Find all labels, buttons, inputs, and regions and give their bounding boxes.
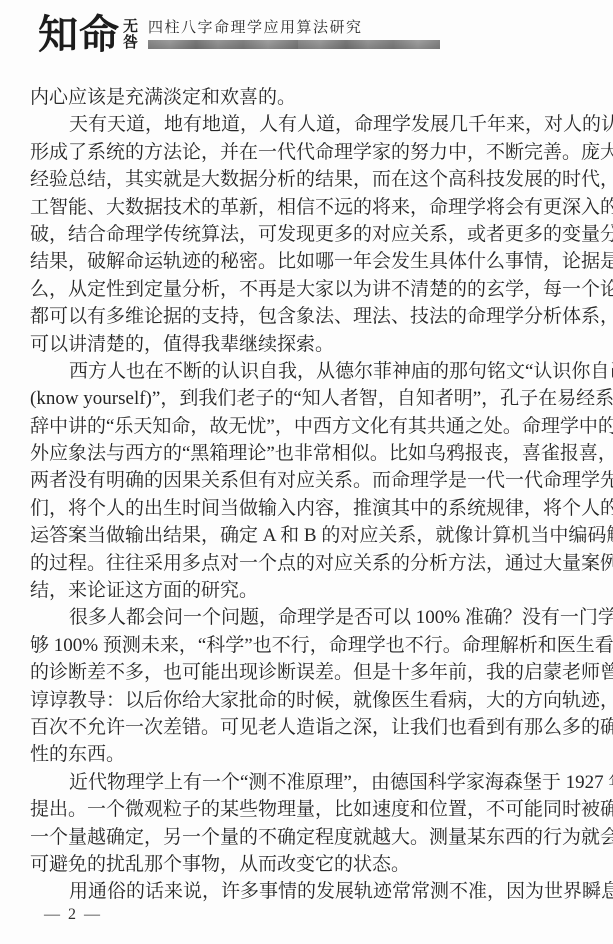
- text-line: 辞中讲的“乐天知命，故无忧”，中西方文化有其共通之处。命理学中的: [30, 413, 586, 440]
- text-line: 用通俗的话来说，许多事情的发展轨迹常常测不准，因为世界瞬息万: [30, 878, 586, 905]
- text-line: 可避免的扰乱那个事物，从而改变它的状态。: [30, 851, 586, 878]
- header-decorative-bar: [148, 40, 440, 49]
- text-line: 形成了系统的方法论，并在一代代命理学家的努力中，不断完善。庞大的: [30, 139, 586, 166]
- book-page: 知命 无 咎 四柱八字命理学应用算法研究 内心应该是充满淡定和欢喜的。 天有天道…: [0, 0, 613, 944]
- text-line: 们，将个人的出生时间当做输入内容，推演其中的系统规律，将个人的命: [30, 495, 586, 522]
- text-line: 结，来论证这方面的研究。: [30, 577, 586, 604]
- text-line: 么，从定性到定量分析，不再是大家以为讲不清楚的的玄学，每一个论点: [30, 276, 586, 303]
- text-line: 可以讲清楚的，值得我辈继续探索。: [30, 331, 586, 358]
- page-header: 知命 无 咎 四柱八字命理学应用算法研究: [38, 14, 440, 56]
- text-line: 外应象法与西方的“黑箱理论”也非常相似。比如乌鸦报丧，喜雀报喜，: [30, 440, 586, 467]
- text-line: 一个量越确定，另一个量的不确定程度就越大。测量某东西的行为就会不: [30, 824, 586, 851]
- text-line: 都可以有多维论据的支持，包含象法、理法、技法的命理学分析体系，是: [30, 303, 586, 330]
- text-line: 谆谆教导：以后你给大家批命的时候，就像医生看病，大的方向轨迹，一: [30, 687, 586, 714]
- text-line: 两者没有明确的因果关系但有对应关系。而命理学是一代一代命理学先辈: [30, 467, 586, 494]
- text-line: 天有天道，地有地道，人有人道，命理学发展几千年来，对人的认知: [30, 111, 586, 138]
- logo-text-sub: 无 咎: [123, 19, 138, 51]
- body-text-block: 内心应该是充满淡定和欢喜的。 天有天道，地有地道，人有人道，命理学发展几千年来，…: [30, 84, 586, 906]
- text-line: 内心应该是充满淡定和欢喜的。: [30, 84, 586, 111]
- page-number: — 2 —: [44, 906, 102, 924]
- text-line: 破，结合命理学传统算法，可发现更多的对应关系，或者更多的变量分析: [30, 221, 586, 248]
- text-line: 的诊断差不多，也可能出现诊断误差。但是十多年前，我的启蒙老师曾经: [30, 659, 586, 686]
- text-line: 近代物理学上有一个“测不准原理”，由德国科学家海森堡于 1927 年: [30, 769, 586, 796]
- text-line: 运答案当做输出结果，确定 A 和 B 的对应关系，就像计算机当中编码解码: [30, 522, 586, 549]
- logo-text-main: 知命: [38, 14, 120, 56]
- text-line: 西方人也在不断的认识自我，从德尔菲神庙的那句铭文“认识你自己: [30, 358, 586, 385]
- text-line: 百次不允许一次差错。可见老人造诣之深，让我们也看到有那么多的确定: [30, 714, 586, 741]
- text-line: (know yourself)”，到我们老子的“知人者智，自知者明”，孔子在易经…: [30, 385, 586, 412]
- text-line: 性的东西。: [30, 741, 586, 768]
- book-subtitle: 四柱八字命理学应用算法研究: [148, 20, 440, 36]
- text-line: 够 100% 预测未来，“科学”也不行，命理学也不行。命理解析和医生看病: [30, 632, 586, 659]
- header-subtitle-block: 四柱八字命理学应用算法研究: [148, 20, 440, 49]
- logo-sub-bottom-char: 咎: [123, 35, 138, 51]
- text-line: 提出。一个微观粒子的某些物理量，比如速度和位置，不可能同时被确定。: [30, 796, 586, 823]
- text-line: 的过程。往往采用多点对一个点的对应关系的分析方法，通过大量案例总: [30, 550, 586, 577]
- text-line: 结果，破解命运轨迹的秘密。比如哪一年会发生具体什么事情，论据是什: [30, 248, 586, 275]
- logo-sub-top-char: 无: [123, 19, 138, 35]
- text-line: 经验总结，其实就是大数据分析的结果，而在这个高科技发展的时代，人: [30, 166, 586, 193]
- text-line: 很多人都会问一个问题，命理学是否可以 100% 准确？没有一门学问能: [30, 604, 586, 631]
- text-line: 工智能、大数据技术的革新，相信不远的将来，命理学将会有更深入的突: [30, 194, 586, 221]
